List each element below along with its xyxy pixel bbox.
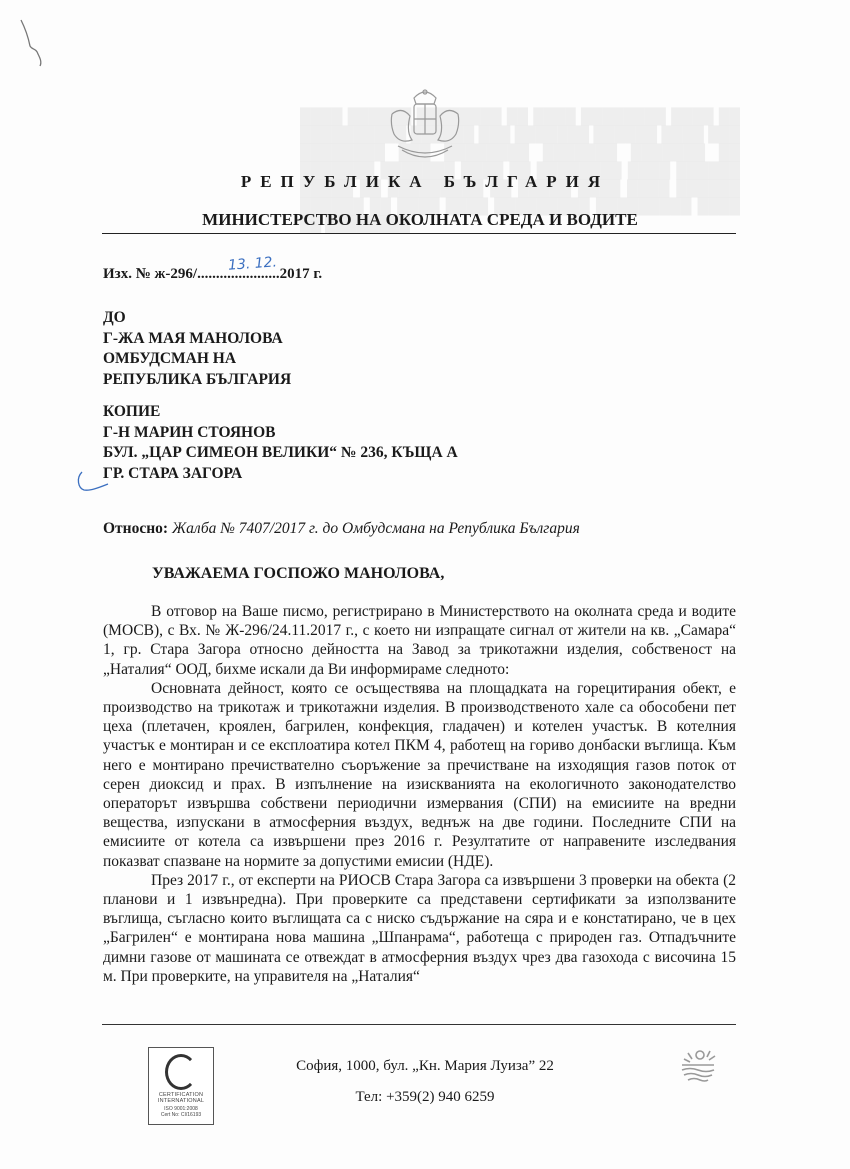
recipient-block: ДО Г-ЖА МАЯ МАНОЛОВА ОМБУДСМАН НА РЕПУБЛ…	[103, 308, 291, 390]
copy-to-line: ГР. СТАРА ЗАГОРА	[103, 464, 458, 485]
ministry-name: МИНИСТЕРСТВО НА ОКОЛНАТА СРЕДА И ВОДИТЕ	[108, 210, 732, 230]
salutation: УВАЖАЕМА ГОСПОЖО МАНОЛОВА,	[152, 565, 444, 583]
staple-mark-icon	[18, 18, 48, 68]
recipient-line: ОМБУДСМАН НА	[103, 349, 291, 370]
subject-label: Относно:	[103, 520, 168, 537]
copy-to-line: Г-Н МАРИН СТОЯНОВ	[103, 423, 458, 444]
country-name: РЕПУБЛИКА БЪЛГАРИЯ	[0, 172, 850, 192]
body-paragraph: През 2017 г., от експерти на РИОСВ Стара…	[103, 871, 736, 986]
body-paragraph: Основната дейност, която се осъществява …	[103, 679, 736, 871]
copy-to-block: КОПИЕ Г-Н МАРИН СТОЯНОВ БУЛ. „ЦАР СИМЕОН…	[103, 402, 458, 484]
outgoing-reference: Изх. № ж-296/......................2017 …	[103, 266, 322, 283]
subject-text: Жалба № 7407/2017 г. до Омбудсмана на Ре…	[172, 520, 580, 537]
recipient-line: РЕПУБЛИКА БЪЛГАРИЯ	[103, 370, 291, 391]
body-paragraph: В отговор на Ваше писмо, регистрирано в …	[103, 602, 736, 679]
recipient-line: ДО	[103, 308, 291, 329]
footer-address: София, 1000, бул. „Кн. Мария Луиза” 22	[0, 1058, 850, 1075]
letter-page: ████ ██████ ████████ ██ ████ ████████ ██…	[0, 0, 850, 1169]
recipient-line: Г-ЖА МАЯ МАНОЛОВА	[103, 329, 291, 350]
cert-line: Cert No: CI/16193	[149, 1112, 213, 1118]
handwritten-date: 13. 12.	[228, 254, 278, 273]
footer-phone: Тел: +359(2) 940 6259	[0, 1089, 850, 1106]
coat-of-arms-icon	[384, 84, 466, 166]
header-divider	[102, 233, 736, 234]
reference-year: 2017 г.	[280, 266, 323, 282]
ministry-sun-water-logo-icon	[678, 1047, 718, 1087]
letter-body: В отговор на Ваше писмо, регистрирано в …	[103, 602, 736, 986]
footer-divider	[102, 1024, 736, 1025]
handwritten-tick-icon	[74, 470, 114, 494]
reference-number: Изх. № ж-296/	[103, 266, 197, 282]
subject-line: Относно: Жалба № 7407/2017 г. до Омбудсм…	[103, 520, 580, 538]
copy-to-line: БУЛ. „ЦАР СИМЕОН ВЕЛИКИ“ № 236, КЪЩА А	[103, 443, 458, 464]
copy-to-line: КОПИЕ	[103, 402, 458, 423]
